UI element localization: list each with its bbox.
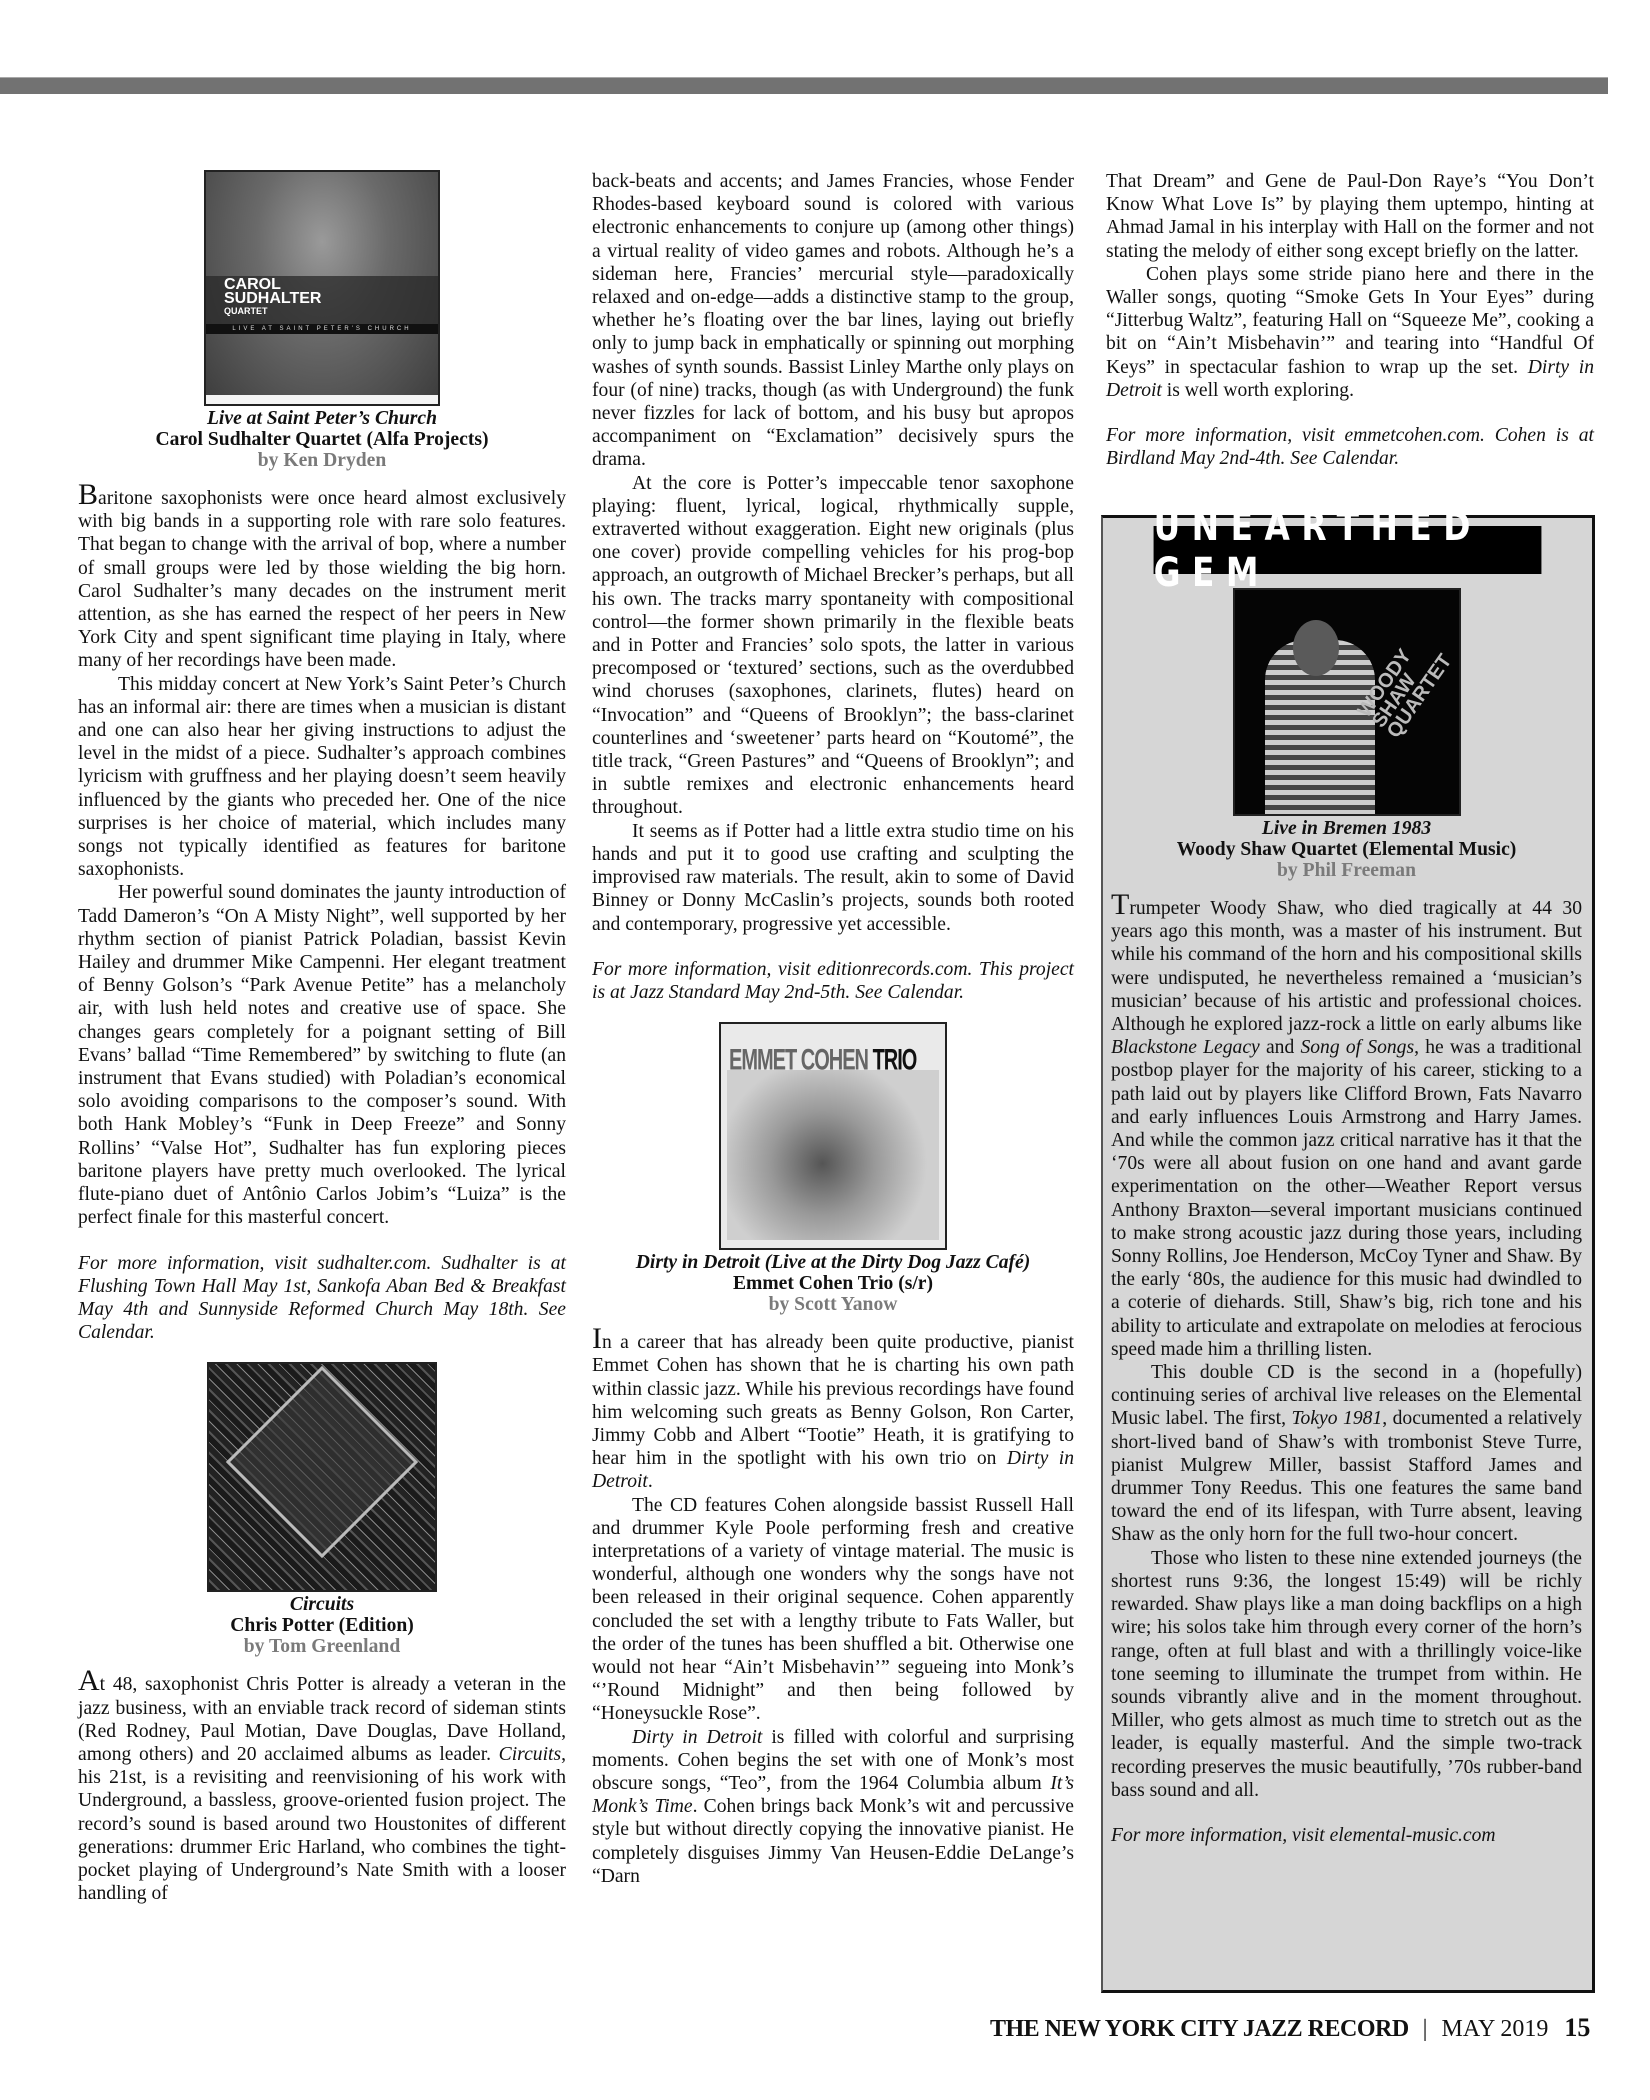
page-number: 15 (1564, 2013, 1590, 2042)
header-bar (0, 77, 1608, 94)
paragraph: Dirty in Detroit is filled with colorful… (592, 1726, 1074, 1888)
paragraph: back-beats and accents; and James Franci… (592, 170, 1074, 472)
footer-separator: | (1423, 2016, 1428, 2042)
album-cover-emmet-cohen: EMMET COHEN TRIO (719, 1022, 947, 1250)
album-title: Live at Saint Peter’s Church (78, 408, 566, 429)
dropcap: T (1111, 888, 1129, 921)
paragraph: Cohen plays some stride piano here and t… (1106, 263, 1594, 402)
cover-artist-name: CAROL SUDHALTER QUARTET (224, 278, 321, 316)
page-footer: THE NEW YORK CITY JAZZ RECORD | MAY 2019… (990, 2013, 1590, 2043)
unearthed-gem-banner: UNEARTHED GEM (1154, 526, 1542, 574)
paragraph: That Dream” and Gene de Paul-Don Raye’s … (1106, 170, 1594, 263)
publication-name: THE NEW YORK CITY JAZZ RECORD (990, 2016, 1409, 2042)
album-cover-woody-shaw: WOODYSHAWQUARTET (1233, 588, 1461, 816)
album-cover-circuits (207, 1362, 437, 1592)
paragraph: At the core is Potter’s impeccable tenor… (592, 472, 1074, 820)
album-artist: Woody Shaw Quartet (Elemental Music) (1111, 839, 1582, 860)
column-1: CAROL SUDHALTER QUARTET LIVE AT SAINT PE… (78, 170, 566, 1905)
column-2: back-beats and accents; and James Franci… (592, 170, 1074, 1888)
review-caption: Circuits Chris Potter (Edition) by Tom G… (78, 1594, 566, 1657)
more-info-note: For more information, visit editionrecor… (592, 958, 1074, 1004)
byline: by Phil Freeman (1111, 860, 1582, 881)
paragraph: It seems as if Potter had a little extra… (592, 820, 1074, 936)
paragraph: Her powerful sound dominates the jaunty … (78, 881, 566, 1229)
paragraph: Trumpeter Woody Shaw, who died tragicall… (1111, 895, 1582, 1361)
album-artist: Chris Potter (Edition) (78, 1615, 566, 1636)
review-caption: Live at Saint Peter’s Church Carol Sudha… (78, 408, 566, 471)
album-cover-carol-sudhalter: CAROL SUDHALTER QUARTET LIVE AT SAINT PE… (204, 170, 440, 406)
review-caption: Dirty in Detroit (Live at the Dirty Dog … (592, 1252, 1074, 1315)
unearthed-gem-content: WOODYSHAWQUARTET Live in Bremen 1983 Woo… (1111, 588, 1582, 1847)
byline: by Tom Greenland (78, 1636, 566, 1657)
more-info-note: For more information, visit emmetcohen.c… (1106, 424, 1594, 470)
paragraph: At 48, saxophonist Chris Potter is alrea… (78, 1671, 566, 1905)
album-title: Live in Bremen 1983 (1111, 818, 1582, 839)
paragraph: Those who listen to these nine extended … (1111, 1547, 1582, 1802)
byline: by Ken Dryden (78, 450, 566, 471)
dropcap: A (78, 1664, 100, 1697)
album-artist: Emmet Cohen Trio (s/r) (592, 1273, 1074, 1294)
paragraph: This double CD is the second in a (hopef… (1111, 1361, 1582, 1547)
dropcap: B (78, 478, 98, 511)
more-info-note: For more information, visit elemental-mu… (1111, 1824, 1582, 1847)
album-title: Dirty in Detroit (Live at the Dirty Dog … (592, 1252, 1074, 1273)
cover-strip: LIVE AT SAINT PETER'S CHURCH (206, 324, 438, 334)
album-title: Circuits (78, 1594, 566, 1615)
column-3: That Dream” and Gene de Paul-Don Raye’s … (1106, 170, 1594, 470)
paragraph: Baritone saxophonists were once heard al… (78, 485, 566, 673)
unearthed-gem-box: UNEARTHED GEM WOODYSHAWQUARTET Live in B… (1101, 515, 1595, 1993)
review-caption: Live in Bremen 1983 Woody Shaw Quartet (… (1111, 818, 1582, 881)
paragraph: This midday concert at New York’s Saint … (78, 673, 566, 882)
more-info-note: For more information, visit sudhalter.co… (78, 1252, 566, 1345)
issue-date: MAY 2019 (1441, 2016, 1548, 2042)
album-artist: Carol Sudhalter Quartet (Alfa Projects) (78, 429, 566, 450)
dropcap: I (592, 1322, 602, 1355)
byline: by Scott Yanow (592, 1294, 1074, 1315)
paragraph: In a career that has already been quite … (592, 1329, 1074, 1493)
paragraph: The CD features Cohen alongside bassist … (592, 1494, 1074, 1726)
